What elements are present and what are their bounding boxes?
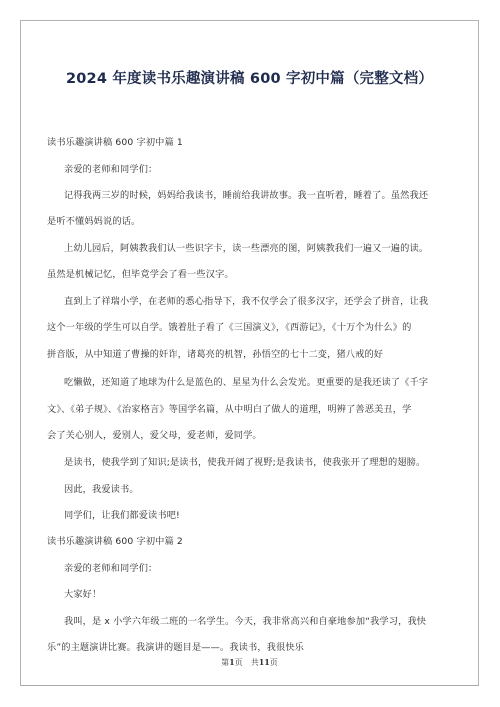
footer-prefix: 第: [221, 658, 229, 667]
footer-mid: 页 共: [235, 658, 259, 667]
text-line: 是读书，使我学到了知识;是读书，使我开阔了视野;是我读书，使我张开了理想的翅膀。: [64, 454, 425, 468]
text-line: 亲爱的老师和同学们：: [64, 560, 157, 574]
text-line: 会了关心别人，爱别人，爱父母，爱老师，爱同学。: [47, 427, 262, 441]
text-line: 亲爱的老师和同学们：: [64, 161, 157, 175]
text-line: 大家好！: [64, 586, 101, 600]
document-title: 2024 年度读书乐趣演讲稿 600 字初中篇（完整文档）: [21, 67, 478, 88]
text-line: 吃懒做，还知道了地球为什么是蓝色的、星星为什么会发光。更重要的是我还读了《千字: [64, 374, 428, 388]
text-line: 读书乐趣演讲稿 600 字初中篇 1: [47, 134, 183, 148]
text-line: 虽然是机械记忆，但毕竟学会了看一些汉字。: [47, 266, 234, 280]
text-line: 记得我两三岁的时候，妈妈给我读书，睡前给我讲故事。我一直听着，睡着了。虽然我还: [64, 187, 428, 201]
text-line: 直到上了祥瑞小学，在老师的悉心指导下，我不仅学会了很多汉字，还学会了拼音，让我: [64, 293, 428, 307]
text-line: 上幼儿园后，阿姨教我们认一些识字卡，读一些漂亮的图，阿姨教我们一遍又一遍的读。: [64, 240, 428, 254]
footer-suffix: 页: [270, 658, 278, 667]
text-line: 拼音版，从中知道了曹操的奸诈，诸葛亮的机智，孙悟空的七十二变，猪八戒的好: [47, 346, 383, 360]
text-line: 乐”的主题演讲比赛。我演讲的题目是——。我读书，我很快乐: [47, 639, 304, 653]
text-line: 因此，我爱读书。: [64, 481, 139, 495]
text-line: 是听不懂妈妈说的话。: [47, 213, 140, 227]
text-line: 同学们，让我们都爱读书吧!: [64, 507, 180, 521]
total-page-count: 11: [259, 657, 270, 667]
document-page: 2024 年度读书乐趣演讲稿 600 字初中篇（完整文档） 读书乐趣演讲稿 60…: [20, 20, 479, 686]
text-line: 我叫，是 x 小学六年级二班的一名学生。今天，我非常高兴和自豪地参加“我学习，我…: [64, 613, 426, 627]
page-footer: 第1页 共11页: [21, 657, 478, 668]
text-line: 文》、《弟子规》、《治家格言》等国学名篇，从中明白了做人的道理，明辨了善恶美丑，…: [47, 401, 411, 415]
text-line: 读书乐趣演讲稿 600 字初中篇 2: [47, 533, 183, 547]
text-line: 这个一年级的学生可以自学。饿着肚子看了《三国演义》，《西游记》，《十万个为什么》…: [47, 319, 411, 333]
